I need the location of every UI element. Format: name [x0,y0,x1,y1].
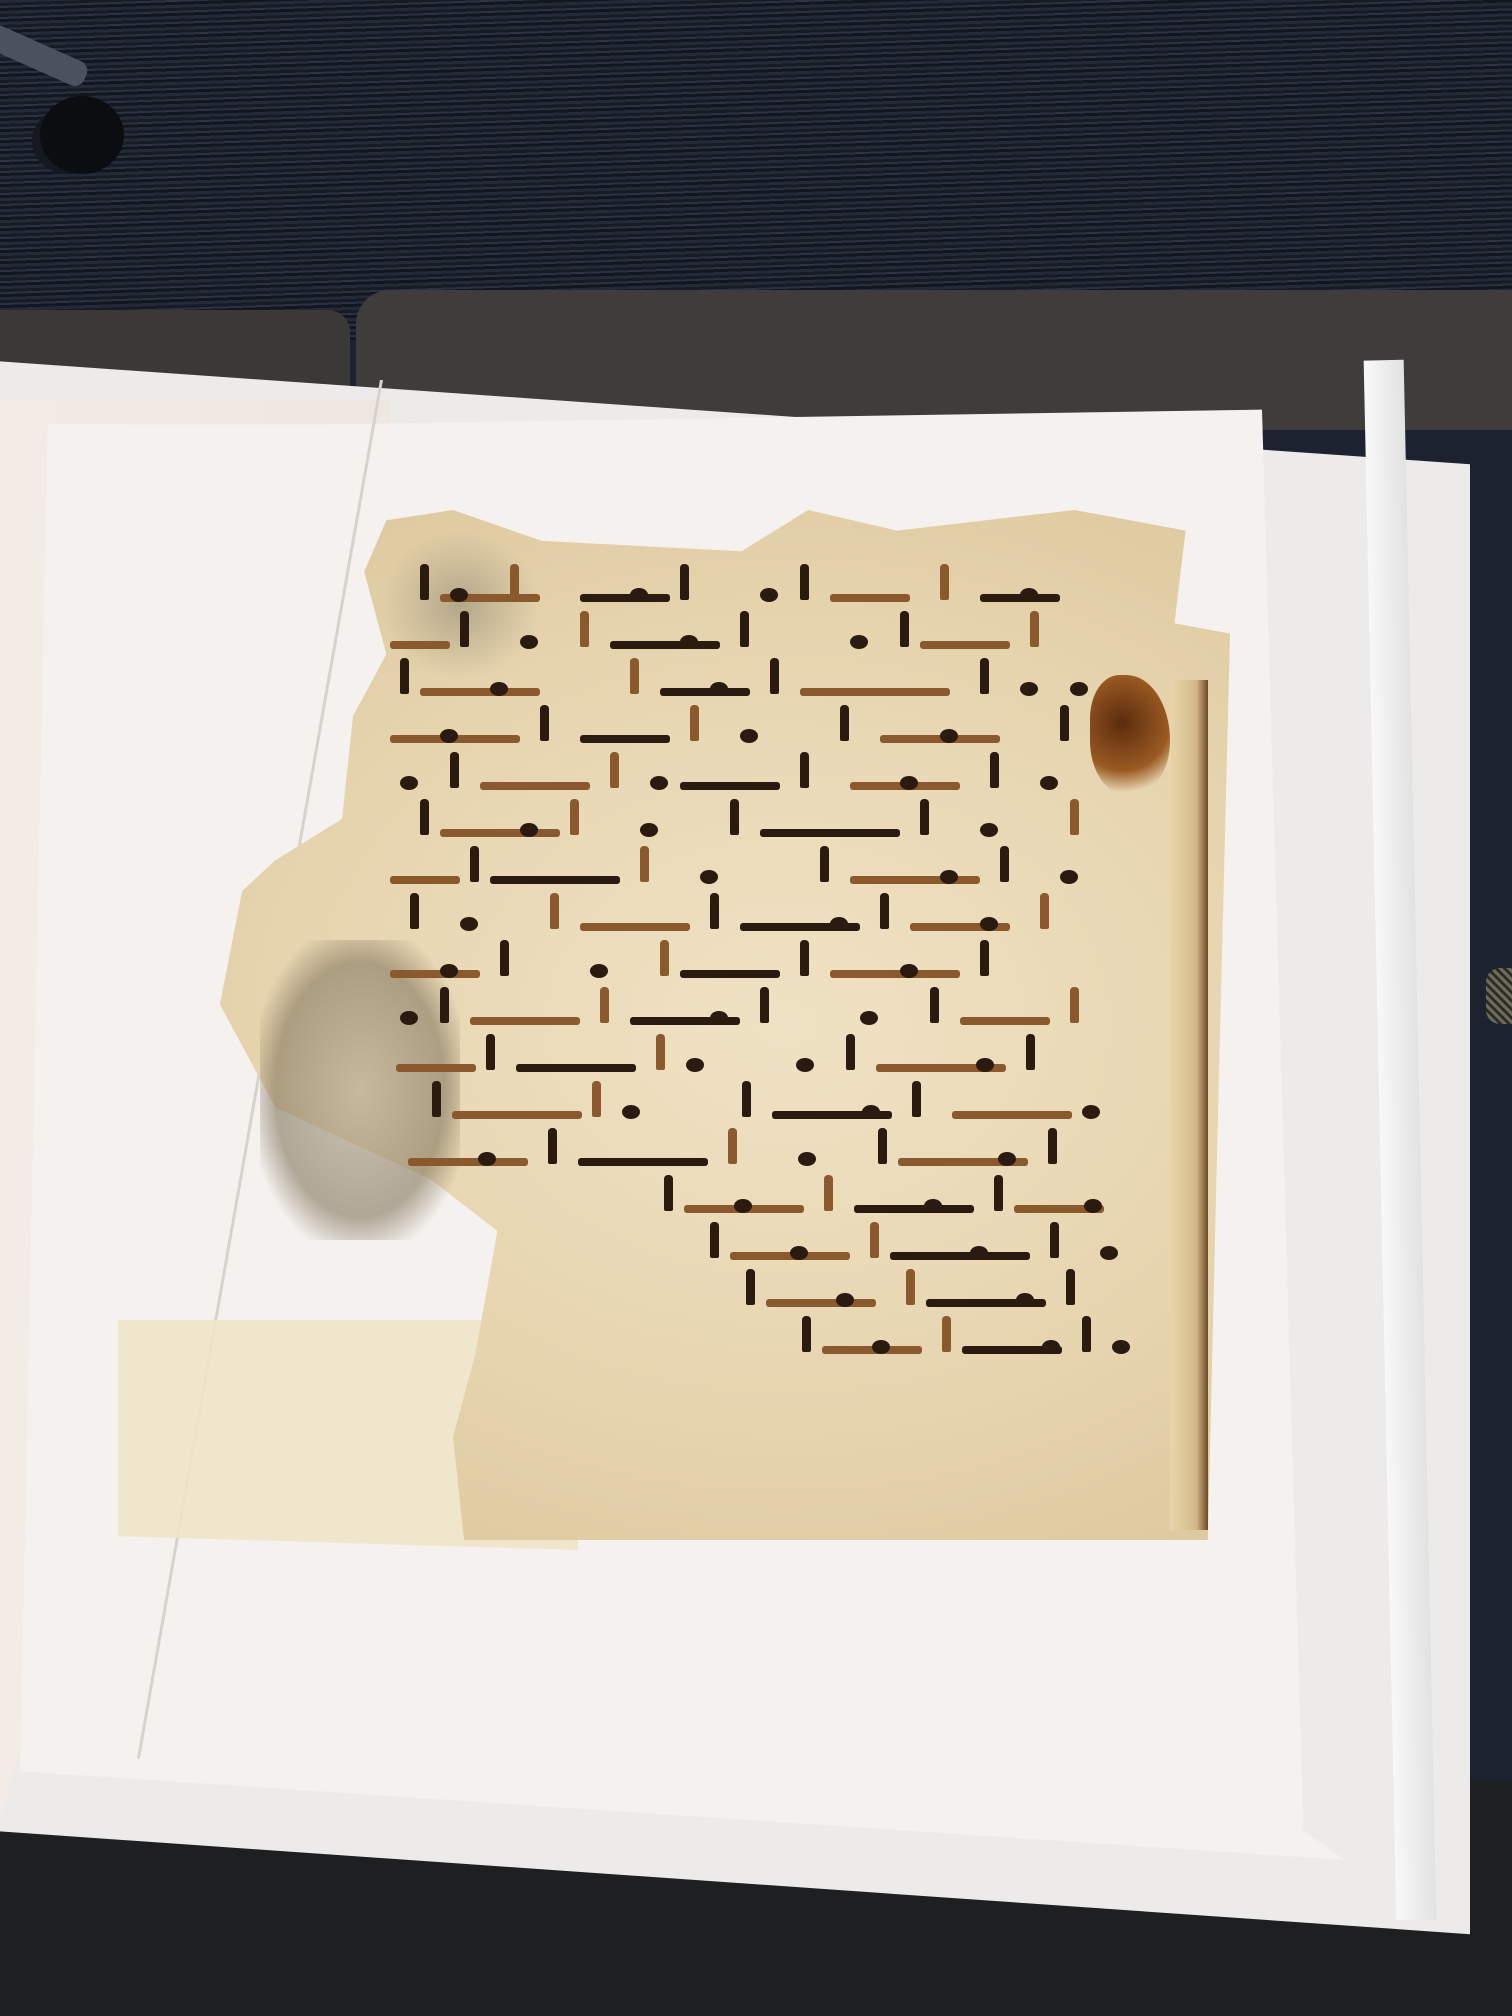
alif-stroke [664,1175,673,1211]
letter-loop [798,1152,816,1166]
letter-loop [520,635,538,649]
baseline-stroke [470,1017,580,1025]
letter-loop [478,1152,496,1166]
alif-stroke [656,1034,665,1070]
metal-mesh-object [1486,968,1512,1024]
alif-stroke [920,799,929,835]
alif-stroke [820,846,829,882]
letter-loop [400,1011,418,1025]
alif-stroke [710,1222,719,1258]
letter-loop [520,823,538,837]
letter-loop [980,823,998,837]
letter-loop [640,823,658,837]
letter-loop [1100,1246,1118,1260]
letter-loop [460,917,478,931]
alif-stroke [880,893,889,929]
letter-loop [796,1058,814,1072]
script-line [398,1124,1118,1171]
baseline-stroke [660,688,750,696]
letter-loop [862,1105,880,1119]
letter-loop [590,964,608,978]
alif-stroke [746,1269,755,1305]
baseline-stroke [578,1158,708,1166]
letter-loop [400,776,418,790]
alif-stroke [930,987,939,1023]
baseline-stroke [580,594,670,602]
baseline-stroke [480,782,590,790]
alif-stroke [802,1316,811,1352]
script-line [380,654,1100,701]
script-line [422,1312,1142,1359]
alif-stroke [1040,893,1049,929]
letter-loop [1040,776,1058,790]
letter-loop [850,635,868,649]
alif-stroke [486,1034,495,1070]
letter-loop [440,729,458,743]
alif-stroke [440,987,449,1023]
script-line [380,983,1100,1030]
letter-loop [924,1199,942,1213]
baseline-stroke [420,688,540,696]
alif-stroke [846,1034,855,1070]
alif-stroke [540,705,549,741]
alif-stroke [420,564,429,600]
letter-loop [622,1105,640,1119]
alif-stroke [980,658,989,694]
letter-loop [900,964,918,978]
alif-stroke [680,564,689,600]
alif-stroke [824,1175,833,1211]
alif-stroke [1070,987,1079,1023]
alif-stroke [500,940,509,976]
letter-loop [940,870,958,884]
alif-stroke [742,1081,751,1117]
alif-stroke [870,1222,879,1258]
alif-stroke [906,1269,915,1305]
baseline-stroke [920,641,1010,649]
alif-stroke [1048,1128,1057,1164]
alif-stroke [760,987,769,1023]
baseline-stroke [396,1064,476,1072]
script-line [392,1077,1112,1124]
script-line [380,748,1100,795]
letter-loop [976,1058,994,1072]
letter-loop [836,1293,854,1307]
alif-stroke [1000,846,1009,882]
alif-stroke [550,893,559,929]
letter-loop [710,682,728,696]
letter-loop [450,588,468,602]
script-line [416,1265,1136,1312]
script-line [404,1171,1124,1218]
baseline-stroke [960,1017,1050,1025]
alif-stroke [730,799,739,835]
alif-stroke [1050,1222,1059,1258]
script-line [380,607,1100,654]
baseline-stroke [516,1064,636,1072]
script-line [380,560,1100,607]
baseline-stroke [580,735,670,743]
baseline-stroke [390,876,460,884]
alif-stroke [432,1081,441,1117]
baseline-stroke [408,1158,528,1166]
letter-loop [1082,1105,1100,1119]
script-line [380,795,1100,842]
script-line [380,842,1100,889]
baseline-stroke [440,829,560,837]
letter-loop [940,729,958,743]
alif-stroke [460,611,469,647]
alif-stroke [800,940,809,976]
letter-loop [1020,682,1038,696]
baseline-stroke [390,970,480,978]
baseline-stroke [490,876,620,884]
alif-stroke [580,611,589,647]
letter-loop [686,1058,704,1072]
alif-stroke [690,705,699,741]
alif-stroke [1066,1269,1075,1305]
parchment-right-edge [1170,680,1208,1530]
letter-loop [650,776,668,790]
chair-caster-wheel [40,96,124,174]
baseline-stroke [890,1252,1030,1260]
letter-loop [1016,1293,1034,1307]
alif-stroke [570,799,579,835]
alif-stroke [400,658,409,694]
letter-loop [630,588,648,602]
alif-stroke [994,1175,1003,1211]
alif-stroke [878,1128,887,1164]
letter-loop [790,1246,808,1260]
baseline-stroke [680,782,780,790]
baseline-stroke [850,876,980,884]
letter-loop [872,1340,890,1354]
letter-loop [490,682,508,696]
letter-loop [1070,682,1088,696]
alif-stroke [1030,611,1039,647]
letter-loop [710,1011,728,1025]
alif-stroke [630,658,639,694]
letter-loop [700,870,718,884]
baseline-stroke [580,923,690,931]
alif-stroke [410,893,419,929]
baseline-stroke [766,1299,876,1307]
alif-stroke [740,611,749,647]
alif-stroke [942,1316,951,1352]
script-line [380,889,1100,936]
alif-stroke [710,893,719,929]
letter-loop [900,776,918,790]
alif-stroke [1026,1034,1035,1070]
baseline-stroke [452,1111,582,1119]
baseline-stroke [610,641,720,649]
alif-stroke [592,1081,601,1117]
letter-loop [740,729,758,743]
baseline-stroke [390,641,450,649]
baseline-stroke [800,688,950,696]
alif-stroke [600,987,609,1023]
letter-loop [1084,1199,1102,1213]
letter-loop [1060,870,1078,884]
alif-stroke [1082,1316,1091,1352]
script-line [380,701,1100,748]
alif-stroke [990,752,999,788]
alif-stroke [470,846,479,882]
alif-stroke [660,940,669,976]
letter-loop [680,635,698,649]
script-line [386,1030,1106,1077]
letter-loop [1112,1340,1130,1354]
alif-stroke [840,705,849,741]
alif-stroke [1060,705,1069,741]
carpet-background [0,0,1512,340]
letter-loop [970,1246,988,1260]
alif-stroke [450,752,459,788]
letter-loop [734,1199,752,1213]
alif-stroke [610,752,619,788]
alif-stroke [800,752,809,788]
baseline-stroke [830,970,960,978]
baseline-stroke [760,829,900,837]
alif-stroke [640,846,649,882]
alif-stroke [940,564,949,600]
alif-stroke [1070,799,1079,835]
alif-stroke [548,1128,557,1164]
letter-loop [1042,1340,1060,1354]
alif-stroke [800,564,809,600]
baseline-stroke [952,1111,1072,1119]
baseline-stroke [830,594,910,602]
alif-stroke [728,1128,737,1164]
script-line [410,1218,1130,1265]
script-line [380,936,1100,983]
letter-loop [830,917,848,931]
letter-loop [440,964,458,978]
alif-stroke [980,940,989,976]
alif-stroke [420,799,429,835]
letter-loop [998,1152,1016,1166]
letter-loop [860,1011,878,1025]
alif-stroke [770,658,779,694]
letter-loop [1020,588,1038,602]
alif-stroke [900,611,909,647]
baseline-stroke [854,1205,974,1213]
letter-loop [980,917,998,931]
baseline-stroke [680,970,780,978]
alif-stroke [912,1081,921,1117]
letter-loop [760,588,778,602]
